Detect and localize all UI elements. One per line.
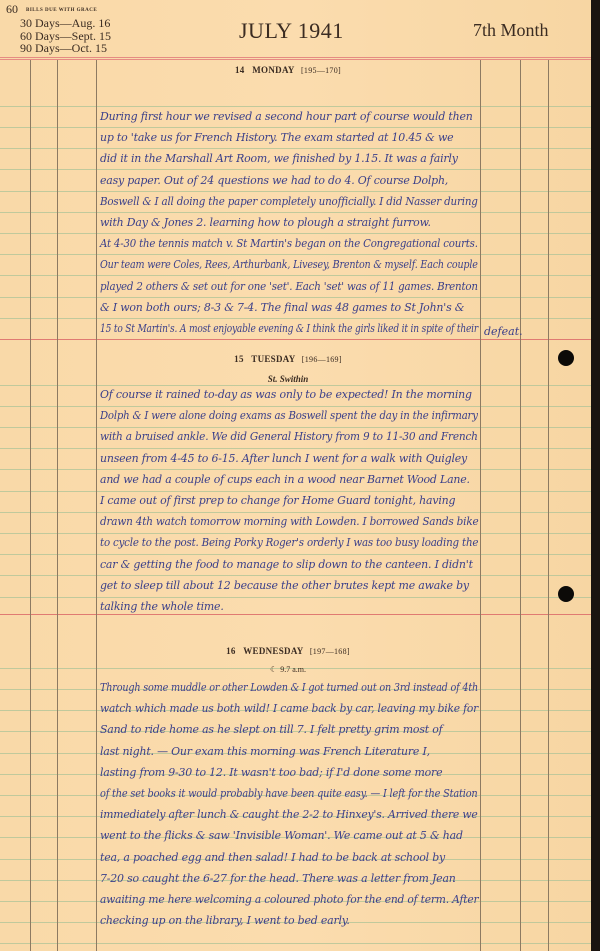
handwritten-line: of the set books it would probably have … (100, 783, 437, 804)
diary-page: 60BILLS DUE WITH GRACE 30 Days—Aug. 16 6… (0, 0, 591, 951)
handwritten-line: with Day & Jones 2. learning how to plou… (100, 212, 478, 233)
day-header-monday: 14 MONDAY [195—170] (96, 65, 480, 75)
handwritten-line: played 2 others & set out for one 'set'.… (100, 276, 455, 297)
handwritten-line: car & getting the food to manage to slip… (100, 554, 478, 575)
handwritten-line: drawn 4th watch tomorrow morning with Lo… (100, 511, 461, 532)
handwritten-line: During first hour we revised a second ho… (100, 106, 478, 127)
bills-line-30: 30 Days—Aug. 16 (6, 17, 111, 30)
handwritten-line: immediately after lunch & caught the 2-2… (100, 804, 473, 825)
money-column-line (480, 60, 481, 951)
handwritten-line: up to 'take us for French History. The e… (100, 127, 478, 148)
handwritten-line: and we had a couple of cups each in a wo… (100, 469, 478, 490)
bills-grace-days: 60 (6, 2, 18, 16)
month-number: 7th Month (473, 20, 549, 41)
page-edge (591, 0, 600, 951)
saint-day-label: St. Swithin (96, 374, 480, 384)
handwritten-line: did it in the Marshall Art Room, we fini… (100, 148, 478, 169)
moon-phase-icon: ☾ (270, 665, 277, 674)
day-header-tuesday: 15 TUESDAY [196—169] (96, 354, 480, 364)
handwritten-line: Of course it rained to-day as was only t… (100, 384, 478, 405)
handwritten-line: talking the whole time. (100, 596, 478, 617)
handwritten-line: with a bruised ankle. We did General His… (100, 426, 464, 447)
margin-column-line (96, 60, 97, 951)
handwritten-line: get to sleep till about 12 because the o… (100, 575, 478, 596)
handwritten-line: tea, a poached egg and then salad! I had… (100, 847, 478, 868)
punch-hole (558, 586, 574, 602)
handwritten-line: watch which made us both wild! I came ba… (100, 698, 469, 719)
handwritten-line: I came out of first prep to change for H… (100, 490, 478, 511)
bills-line-90: 90 Days—Oct. 15 (6, 42, 111, 55)
handwritten-line: Sand to ride home as he slept on till 7.… (100, 719, 478, 740)
handwritten-line: 7-20 so caught the 6-27 for the head. Th… (100, 868, 478, 889)
margin-column-line (30, 60, 31, 951)
handwritten-line: & I won both ours; 8-3 & 7-4. The final … (100, 297, 478, 318)
diary-entry-wednesday: Through some muddle or other Lowden & I … (100, 677, 480, 931)
handwritten-line: went to the flicks & saw 'Invisible Woma… (100, 825, 478, 846)
punch-hole (558, 350, 574, 366)
month-title: JULY 1941 (239, 18, 344, 44)
handwritten-line: Boswell & I all doing the paper complete… (100, 191, 456, 212)
day-divider-line (0, 57, 591, 60)
handwritten-line: Through some muddle or other Lowden & I … (100, 677, 433, 698)
day-divider-line (0, 339, 591, 340)
handwritten-line: easy paper. Out of 24 questions we had t… (100, 170, 478, 191)
handwritten-line: 15 to St Martin's. A most enjoyable even… (100, 318, 412, 339)
diary-entry-tuesday: Of course it rained to-day as was only t… (100, 384, 480, 617)
day-header-wednesday: 16 WEDNESDAY [197—168] (96, 646, 480, 656)
handwritten-line: unseen from 4-45 to 6-15. After lunch I … (100, 448, 478, 469)
moon-phase-label: ☾9.7 a.m. (96, 665, 480, 674)
handwritten-line: Our team were Coles, Rees, Arthurbank, L… (100, 254, 429, 275)
handwritten-line: to cycle to the post. Being Porky Roger'… (100, 532, 455, 553)
money-column-line (548, 60, 549, 951)
entry-overflow-word: defeat. (484, 325, 523, 338)
ruled-line (0, 943, 591, 944)
bills-due-box: 60BILLS DUE WITH GRACE 30 Days—Aug. 16 6… (6, 2, 111, 55)
money-column-line (520, 60, 521, 951)
handwritten-line: At 4-30 the tennis match v. St Martin's … (100, 233, 451, 254)
handwritten-line: lasting from 9-30 to 12. It wasn't too b… (100, 762, 478, 783)
handwritten-line: awaiting me here welcoming a coloured ph… (100, 889, 469, 910)
handwritten-line: Dolph & I were alone doing exams as Bosw… (100, 405, 450, 426)
handwritten-line: last night. — Our exam this morning was … (100, 741, 478, 762)
diary-entry-monday: During first hour we revised a second ho… (100, 106, 480, 339)
bills-caption: BILLS DUE WITH GRACE (26, 8, 97, 13)
margin-column-line (57, 60, 58, 951)
handwritten-line: checking up on the library, I went to be… (100, 910, 478, 931)
